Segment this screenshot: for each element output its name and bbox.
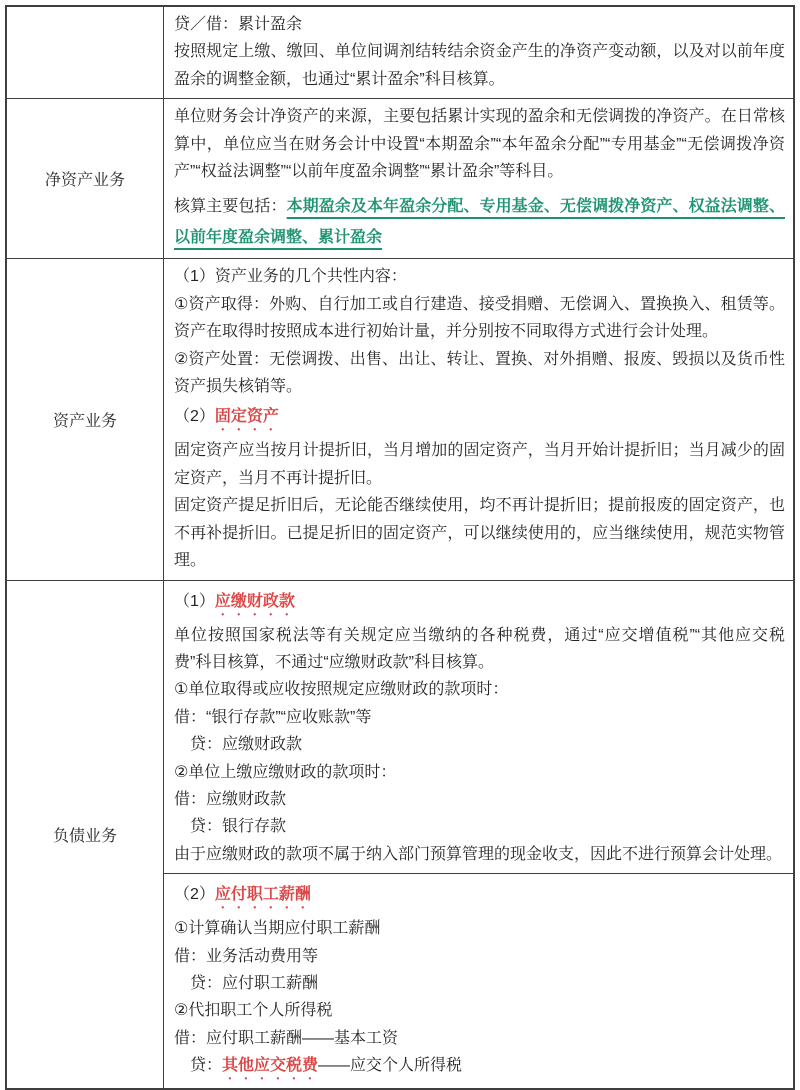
text-paragraph: ①资产取得：外购、自行加工或自行建造、接受捐赠、无偿调入、置换换入、租赁等。资产… (174, 291, 785, 346)
content-cell: （2）应付职工薪酬①计算确认当期应付职工薪酬借：业务活动费用等 贷：应付职工薪酬… (164, 873, 793, 983)
content-cell: （1）资产业务的几个共性内容：①资产取得：外购、自行加工或自行建造、接受捐赠、无… (164, 259, 793, 579)
row-content: 单位财务会计净资产的来源，主要包括累计实现的盈余和无偿调拨的净资产。在日常核算中… (164, 99, 793, 258)
row-header-label: 资产业务 (53, 408, 117, 431)
text-run: 核算主要包括： (174, 198, 287, 215)
text-run: 贷：应缴财政款 (174, 736, 302, 753)
text-run: 借：业务活动费用等 (174, 948, 318, 965)
text-run: 单位按照国家税法等有关规定应当缴纳的各种税费，通过“应交增值税”“其他应交税费”… (174, 627, 785, 671)
row-header-cell: 净资产业务 (7, 99, 164, 258)
text-paragraph: 单位按照国家税法等有关规定应当缴纳的各种税费，通过“应交增值税”“其他应交税费”… (174, 622, 785, 677)
text-paragraph: 核算主要包括：本期盈余及本年盈余分配、专用基金、无偿调拨净资产、权益法调整、以前… (174, 191, 785, 253)
red-emphasis-term: 应付职工薪酬 (215, 886, 311, 903)
text-run: ①资产取得：外购、自行加工或自行建造、接受捐赠、无偿调入、置换换入、租赁等。资产… (174, 296, 785, 340)
text-run: 借：“银行存款”“应收账款”等 (174, 709, 371, 726)
row-header-cell: 负债业务 (7, 581, 164, 984)
text-run: 贷：应付职工薪酬 (174, 975, 318, 983)
text-run: 由于应缴财政的款项不属于纳入部门预算管理的现金收支，因此不进行预算会计处理。 (174, 846, 782, 863)
text-run: 固定资产应当按月计提折旧，当月增加的固定资产，当月开始计提折旧；当月减少的固定资… (174, 442, 785, 486)
section-heading: （1）应缴财政款 (174, 587, 785, 619)
text-run: ①计算确认当期应付职工薪酬 (174, 920, 380, 937)
text-run: 按照规定上缴、缴回、单位间调剂结转结余资金产生的净资产变动额，以及对以前年度盈余… (174, 43, 785, 87)
text-run: （1） (174, 593, 215, 610)
text-run: ②资产处置：无偿调拨、出售、出让、转让、置换、对外捐赠、报废、毁损以及货币性资产… (174, 351, 785, 395)
table-row-assets-business: 资产业务（1）资产业务的几个共性内容：①资产取得：外购、自行加工或自行建造、接受… (7, 258, 793, 579)
section-heading: （2）应付职工薪酬 (174, 880, 785, 912)
text-run: 贷：银行存款 (174, 818, 286, 835)
text-paragraph: ①计算确认当期应付职工薪酬 (174, 915, 785, 942)
text-run: 固定资产提足折旧后，无论能否继续使用，均不再计提折旧；提前报废的固定资产，也不再… (174, 497, 785, 569)
text-run: 借：应缴财政款 (174, 791, 286, 808)
row-content: （1）应缴财政款单位按照国家税法等有关规定应当缴纳的各种税费，通过“应交增值税”… (164, 581, 793, 984)
red-emphasis-term: 固定资产 (215, 408, 279, 425)
table-row-liabilities-business: 负债业务（1）应缴财政款单位按照国家税法等有关规定应当缴纳的各种税费，通过“应交… (7, 580, 793, 984)
accounting-notes-table: 贷／借：累计盈余按照规定上缴、缴回、单位间调剂结转结余资金产生的净资产变动额，以… (5, 5, 795, 983)
text-paragraph: 贷／借：累计盈余 (174, 11, 785, 38)
row-header-cell: 资产业务 (7, 259, 164, 579)
text-paragraph: ②单位上缴应缴财政的款项时： (174, 759, 785, 786)
text-paragraph: 固定资产应当按月计提折旧，当月增加的固定资产，当月开始计提折旧；当月减少的固定资… (174, 437, 785, 492)
text-paragraph: 由于应缴财政的款项不属于纳入部门预算管理的现金收支，因此不进行预算会计处理。 (174, 841, 785, 868)
red-emphasis-term: 应缴财政款 (215, 593, 295, 610)
row-header-label: 负债业务 (53, 823, 117, 846)
text-paragraph: 单位财务会计净资产的来源，主要包括累计实现的盈余和无偿调拨的净资产。在日常核算中… (174, 103, 785, 185)
text-paragraph: 贷：银行存款 (174, 813, 785, 840)
text-run: ②单位上缴应缴财政的款项时： (174, 764, 396, 781)
table-row-net-assets-business: 净资产业务单位财务会计净资产的来源，主要包括累计实现的盈余和无偿调拨的净资产。在… (7, 98, 793, 258)
text-run: 单位财务会计净资产的来源，主要包括累计实现的盈余和无偿调拨的净资产。在日常核算中… (174, 108, 785, 180)
text-run: （2） (174, 408, 215, 425)
text-paragraph: 贷：应缴财政款 (174, 731, 785, 758)
text-run: （2） (174, 886, 215, 903)
row-content: （1）资产业务的几个共性内容：①资产取得：外购、自行加工或自行建造、接受捐赠、无… (164, 259, 793, 579)
content-cell: 贷／借：累计盈余按照规定上缴、缴回、单位间调剂结转结余资金产生的净资产变动额，以… (164, 7, 793, 98)
text-paragraph: ①单位取得或应收按照规定应缴财政的款项时： (174, 676, 785, 703)
text-paragraph: 贷：应付职工薪酬 (174, 970, 785, 983)
text-paragraph: 借：业务活动费用等 (174, 943, 785, 970)
content-cell: （1）应缴财政款单位按照国家税法等有关规定应当缴纳的各种税费，通过“应交增值税”… (164, 581, 793, 874)
text-run: ①单位取得或应收按照规定应缴财政的款项时： (174, 681, 508, 698)
table-row-carryover-surplus-continued: 贷／借：累计盈余按照规定上缴、缴回、单位间调剂结转结余资金产生的净资产变动额，以… (7, 7, 793, 98)
section-heading: （2）固定资产 (174, 402, 785, 434)
text-run: 贷／借：累计盈余 (174, 16, 302, 33)
text-paragraph: （1）资产业务的几个共性内容： (174, 263, 785, 290)
row-header-label: 净资产业务 (45, 167, 125, 190)
row-content: 贷／借：累计盈余按照规定上缴、缴回、单位间调剂结转结余资金产生的净资产变动额，以… (164, 7, 793, 98)
row-header-cell (7, 7, 164, 98)
text-paragraph: 按照规定上缴、缴回、单位间调剂结转结余资金产生的净资产变动额，以及对以前年度盈余… (174, 38, 785, 93)
content-cell: 单位财务会计净资产的来源，主要包括累计实现的盈余和无偿调拨的净资产。在日常核算中… (164, 99, 793, 258)
text-paragraph: 借：应缴财政款 (174, 786, 785, 813)
text-paragraph: 固定资产提足折旧后，无论能否继续使用，均不再计提折旧；提前报废的固定资产，也不再… (174, 492, 785, 574)
text-paragraph: ②资产处置：无偿调拨、出售、出让、转让、置换、对外捐赠、报废、毁损以及货币性资产… (174, 346, 785, 401)
text-run: （1）资产业务的几个共性内容： (174, 268, 407, 285)
text-paragraph: 借：“银行存款”“应收账款”等 (174, 704, 785, 731)
